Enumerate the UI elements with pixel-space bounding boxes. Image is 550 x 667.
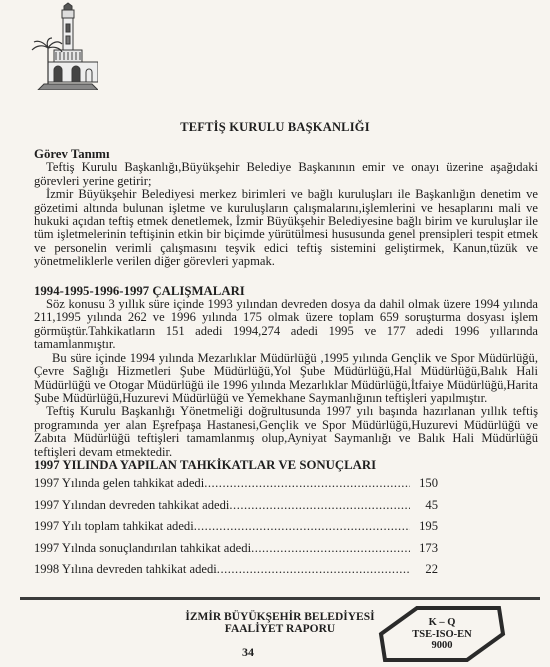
dot-leader: [194, 520, 410, 533]
stat-label: 1998 Yılına devreden tahkikat adedi: [34, 563, 217, 576]
stat-label: 1997 Yılında gelen tahkikat adedi: [34, 477, 204, 490]
stat-value: 22: [410, 563, 438, 576]
stat-value: 173: [410, 542, 438, 555]
paragraph: Bu süre içinde 1994 yılında Mezarlıklar …: [34, 352, 538, 406]
tahkikat-stats-list: 1997 Yılında gelen tahkikat adedi 150 19…: [34, 477, 438, 585]
paragraph: Teftiş Kurulu Başkanlığı,Büyükşehir Bele…: [34, 161, 538, 188]
list-item: 1997 Yılnda sonuçlandırılan tahkikat ade…: [34, 542, 438, 564]
dot-leader: [217, 563, 410, 576]
dot-leader: [251, 542, 410, 555]
dot-leader: [204, 477, 410, 490]
footer-divider: [20, 597, 540, 600]
badge-line: 9000: [377, 640, 507, 652]
badge-line: TSE-ISO-EN: [377, 629, 507, 641]
footer-organization: İZMİR BÜYÜKŞEHİR BELEDİYESİ FAALİYET RAP…: [180, 611, 380, 635]
list-item: 1998 Yılına devreden tahkikat adedi 22: [34, 563, 438, 585]
section-heading-tahkikatlar: 1997 YILINDA YAPILAN TAHKİKATLAR VE SONU…: [34, 459, 538, 472]
section-heading-calismalar: 1994-1995-1996-1997 ÇALIŞMALARI: [34, 285, 538, 298]
stat-label: 1997 Yılından devreden tahkikat adedi: [34, 499, 229, 512]
quality-badge-text: K – Q TSE-ISO-EN 9000: [377, 617, 507, 652]
stat-label: 1997 Yılı toplam tahkikat adedi: [34, 520, 194, 533]
page-title: TEFTİŞ KURULU BAŞKANLIĞI: [0, 120, 550, 135]
clock-tower-logo-icon: [18, 2, 98, 90]
badge-line: K – Q: [377, 617, 507, 629]
list-item: 1997 Yılında gelen tahkikat adedi 150: [34, 477, 438, 499]
document-body: Görev Tanımı Teftiş Kurulu Başkanlığı,Bü…: [34, 148, 538, 585]
list-item: 1997 Yılı toplam tahkikat adedi 195: [34, 520, 438, 542]
paragraph: Teftiş Kurulu Başkanlığı Yönetmeliği doğ…: [34, 405, 538, 459]
paragraph: İzmir Büyükşehir Belediyesi merkez birim…: [34, 188, 538, 268]
stat-label: 1997 Yılnda sonuçlandırılan tahkikat ade…: [34, 542, 251, 555]
section-heading-gorev-tanimi: Görev Tanımı: [34, 148, 538, 161]
stat-value: 150: [410, 477, 438, 490]
footer-org-name: İZMİR BÜYÜKŞEHİR BELEDİYESİ: [180, 611, 380, 623]
paragraph: Söz konusu 3 yıllık süre içinde 1993 yıl…: [34, 298, 538, 352]
stat-value: 45: [410, 499, 438, 512]
footer-report-name: FAALİYET RAPORU: [180, 623, 380, 635]
list-item: 1997 Yılından devreden tahkikat adedi 45: [34, 499, 438, 521]
page-number: 34: [228, 645, 268, 660]
dot-leader: [229, 499, 410, 512]
stat-value: 195: [410, 520, 438, 533]
